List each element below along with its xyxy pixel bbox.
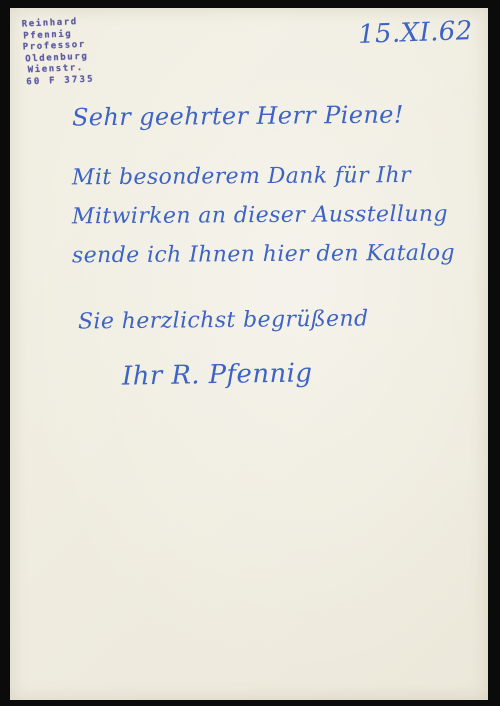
salutation-line: Sehr geehrter Herr Piene! [72, 101, 404, 132]
handwritten-date: 15.XI.62 [358, 16, 474, 50]
signature-line: Ihr R. Pfennig [122, 358, 313, 391]
closing-line: Sie herzlichst begrüßend [78, 306, 369, 334]
letter-body: Mit besonderem Dank für Ihr Mitwirken an… [72, 157, 455, 274]
letter-paper: Reinhard Pfennig Professor Oldenburg Wie… [10, 8, 488, 700]
body-line: sende ich Ihnen hier den Katalog [72, 234, 455, 276]
body-line: Mit besonderem Dank für Ihr [72, 156, 455, 198]
stamp-line-number: 60 F 3735 [24, 74, 95, 89]
scanned-letter: Reinhard Pfennig Professor Oldenburg Wie… [0, 0, 500, 706]
sender-address-stamp: Reinhard Pfennig Professor Oldenburg Wie… [22, 16, 96, 88]
body-line: Mitwirken an dieser Ausstellung [72, 195, 455, 237]
